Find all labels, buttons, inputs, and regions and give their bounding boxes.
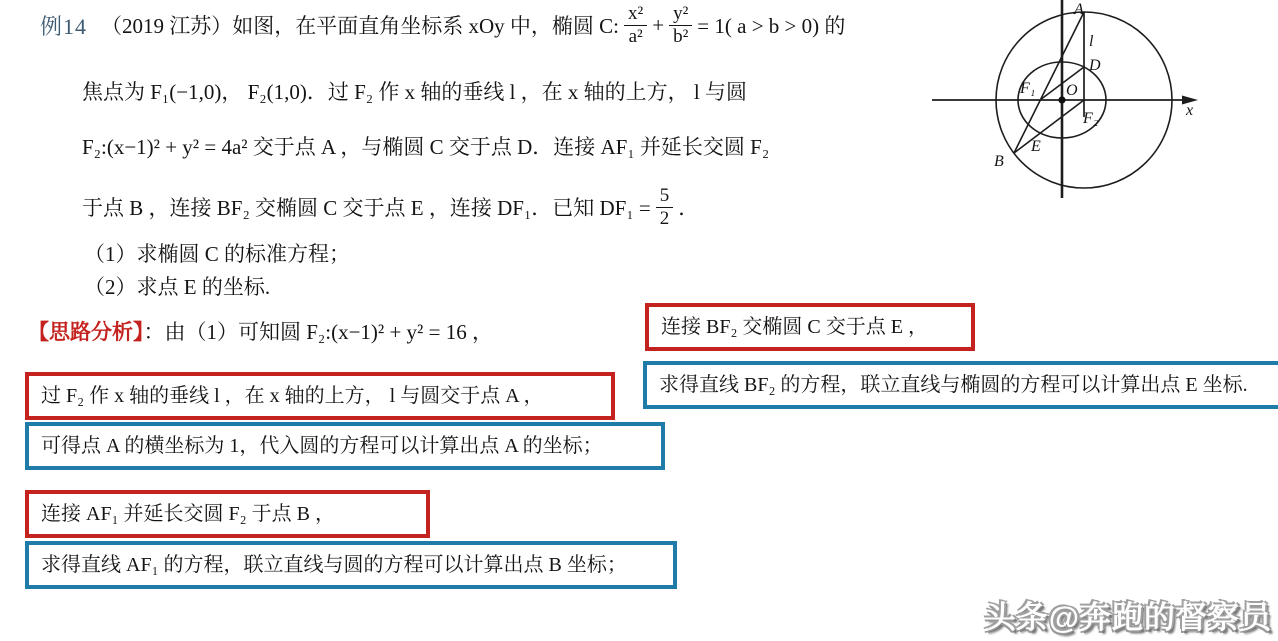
analysis-heading: 【思路分析】：由（1）可知圆 F₂:(x−1)² + y² = 16 ， bbox=[28, 316, 493, 346]
label-point-b: B bbox=[994, 153, 1004, 170]
ellipse-circle-figure: A l D F₁ O F₂ E B x bbox=[920, 0, 1220, 205]
origin-dot bbox=[1058, 96, 1065, 103]
watermark: 头条@奔跑的督察员 bbox=[985, 592, 1272, 637]
fraction-numerator: 5 bbox=[656, 186, 674, 208]
math-worksheet-page: { "colors": { "accent_red": "#c4221e", "… bbox=[0, 0, 1278, 641]
fraction-denominator: 2 bbox=[660, 208, 670, 229]
analysis-box-step-6: 求得直线 BF₂ 的方程，联立直线与椭圆的方程可以计算出点 E 坐标. bbox=[643, 361, 1278, 409]
analysis-box-step-3: 连接 AF₁ 并延长交圆 F₂ 于点 B ， bbox=[25, 490, 430, 538]
analysis-box-step-2: 可得点 A 的横坐标为 1，代入圆的方程可以计算出点 A 的坐标； bbox=[25, 422, 665, 470]
problem-line-4: 于点 B ，连接 BF₂ 交椭圆 C 交于点 E ，连接 DF₁．已知 DF₁ … bbox=[82, 186, 699, 229]
problem-line-1: 例14 （2019 江苏）如图，在平面直角坐标系 xOy 中，椭圆 C: x² … bbox=[40, 4, 845, 47]
label-point-e: E bbox=[1030, 138, 1041, 155]
fraction-denominator: b² bbox=[673, 26, 688, 47]
label-point-a: A bbox=[1073, 1, 1084, 18]
problem-line-4-tail: ． bbox=[678, 192, 699, 222]
line-b-f2 bbox=[1014, 100, 1084, 153]
fraction-numerator: y² bbox=[669, 4, 692, 26]
analysis-box-step-4: 求得直线 AF₁ 的方程，联立直线与圆的方程可以计算出点 B 坐标； bbox=[25, 541, 677, 589]
problem-line-4-text: 于点 B ，连接 BF₂ 交椭圆 C 交于点 E ，连接 DF₁．已知 DF₁ … bbox=[82, 192, 651, 222]
analysis-box-step-1: 过 F₂ 作 x 轴的垂线 l ，在 x 轴的上方， l 与圆交于点 A ， bbox=[25, 372, 615, 420]
fraction-y2-b2: y² b² bbox=[669, 4, 692, 47]
problem-line-1-tail: = 1( a > b > 0) 的 bbox=[697, 10, 845, 40]
label-point-d: D bbox=[1088, 57, 1101, 74]
fraction-denominator: a² bbox=[629, 26, 643, 47]
analysis-heading-label: 【思路分析】 bbox=[28, 320, 144, 344]
fraction-x2-a2: x² a² bbox=[624, 4, 647, 47]
problem-line-1-text: （2019 江苏）如图，在平面直角坐标系 xOy 中，椭圆 C: bbox=[101, 10, 619, 40]
label-x-axis: x bbox=[1185, 102, 1193, 119]
plus-sign: + bbox=[652, 13, 664, 38]
label-focus-f1: F₁ bbox=[1019, 80, 1035, 97]
label-line-l: l bbox=[1089, 33, 1094, 50]
question-2: （2）求点 E 的坐标. bbox=[84, 271, 270, 301]
label-focus-f2: F₂ bbox=[1082, 110, 1099, 127]
label-origin-o: O bbox=[1066, 82, 1078, 99]
fraction-numerator: x² bbox=[624, 4, 647, 26]
question-1: （1）求椭圆 C 的标准方程； bbox=[84, 238, 350, 268]
fraction-5-2: 5 2 bbox=[656, 186, 674, 229]
problem-line-2: 焦点为 F₁(−1,0)， F₂(1,0)．过 F₂ 作 x 轴的垂线 l ，在… bbox=[82, 76, 747, 106]
analysis-box-step-5: 连接 BF₂ 交椭圆 C 交于点 E ， bbox=[645, 303, 975, 351]
analysis-intro: ：由（1）可知圆 F₂:(x−1)² + y² = 16 ， bbox=[144, 320, 493, 344]
example-number-label: 例14 bbox=[40, 10, 87, 41]
problem-line-3: F₂:(x−1)² + y² = 4a² 交于点 A ，与椭圆 C 交于点 D．… bbox=[82, 131, 769, 161]
